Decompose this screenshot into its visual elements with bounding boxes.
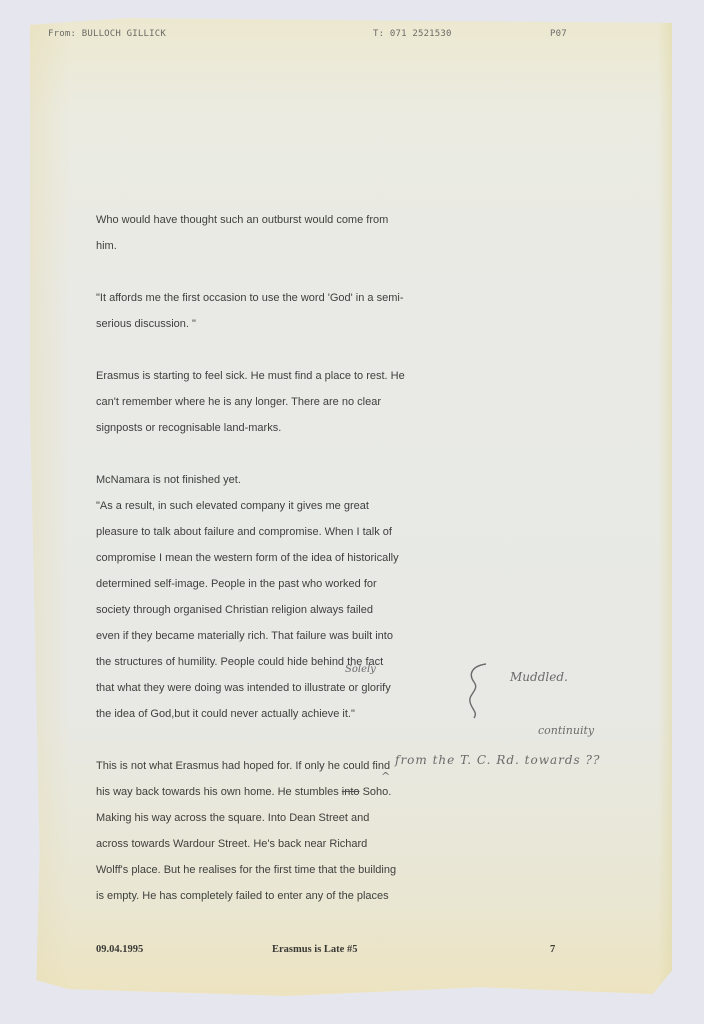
text-line: Erasmus is starting to feel sick. He mus… [96, 363, 486, 389]
text-line: his way back towards his own home. He st… [96, 779, 486, 805]
text-line: signposts or recognisable land-marks. [96, 415, 486, 441]
text-line: can't remember where he is any longer. T… [96, 389, 486, 415]
annotation-continuity: continuity [538, 724, 594, 737]
fax-page-number: P07 [550, 29, 567, 39]
text-line: McNamara is not finished yet. [96, 467, 486, 493]
fax-header: From: BULLOCH GILLICK T: 071 2521530 P07 [48, 29, 608, 43]
fax-sender: From: BULLOCH GILLICK [48, 29, 166, 39]
footer-date: 09.04.1995 [96, 944, 143, 955]
paragraph: Who would have thought such an outburst … [96, 207, 486, 259]
text-line: the idea of God,but it could never actua… [96, 701, 486, 727]
annotation-muddled: Muddled. [510, 670, 568, 684]
fax-telephone: T: 071 2521530 [373, 29, 452, 39]
paragraph: "It affords me the first occasion to use… [96, 285, 486, 337]
text-line: across towards Wardour Street. He's back… [96, 831, 486, 857]
text-line: determined self-image. People in the pas… [96, 571, 486, 597]
text-line: him. [96, 233, 486, 259]
text-line: compromise I mean the western form of th… [96, 545, 486, 571]
paper-aging-right [658, 15, 672, 1000]
paragraph: Erasmus is starting to feel sick. He mus… [96, 363, 486, 441]
text-line: "As a result, in such elevated company i… [96, 493, 486, 519]
text-line: Who would have thought such an outburst … [96, 207, 486, 233]
text-line: serious discussion. " [96, 311, 486, 337]
text-line: "It affords me the first occasion to use… [96, 285, 486, 311]
text-line: society through organised Christian reli… [96, 597, 486, 623]
annotation-insertion: from the T. C. Rd. towards ?? [395, 753, 600, 767]
paragraph: This is not what Erasmus had hoped for. … [96, 753, 486, 909]
text-segment: Soho. [360, 786, 392, 798]
text-line: that what they were doing was intended t… [96, 675, 486, 701]
text-line: the structures of humility. People could… [96, 649, 486, 675]
text-line: Making his way across the square. Into D… [96, 805, 486, 831]
manuscript-body: Who would have thought such an outburst … [96, 207, 486, 909]
footer-title: Erasmus is Late #5 [272, 944, 357, 955]
annotation-solely: Solely [345, 664, 376, 675]
text-line: Wolff's place. But he realises for the f… [96, 857, 486, 883]
insertion-caret-icon: ^ [381, 770, 390, 783]
text-segment: his way back towards his own home. He st… [96, 786, 342, 798]
paper-aging-left [30, 15, 70, 1000]
margin-brace-icon [464, 660, 492, 720]
paragraph: McNamara is not finished yet. "As a resu… [96, 467, 486, 727]
text-line: pleasure to talk about failure and compr… [96, 519, 486, 545]
footer-page-number: 7 [550, 944, 555, 955]
text-line: even if they became materially rich. Tha… [96, 623, 486, 649]
text-line: is empty. He has completely failed to en… [96, 883, 486, 909]
struck-word: into [342, 786, 360, 798]
